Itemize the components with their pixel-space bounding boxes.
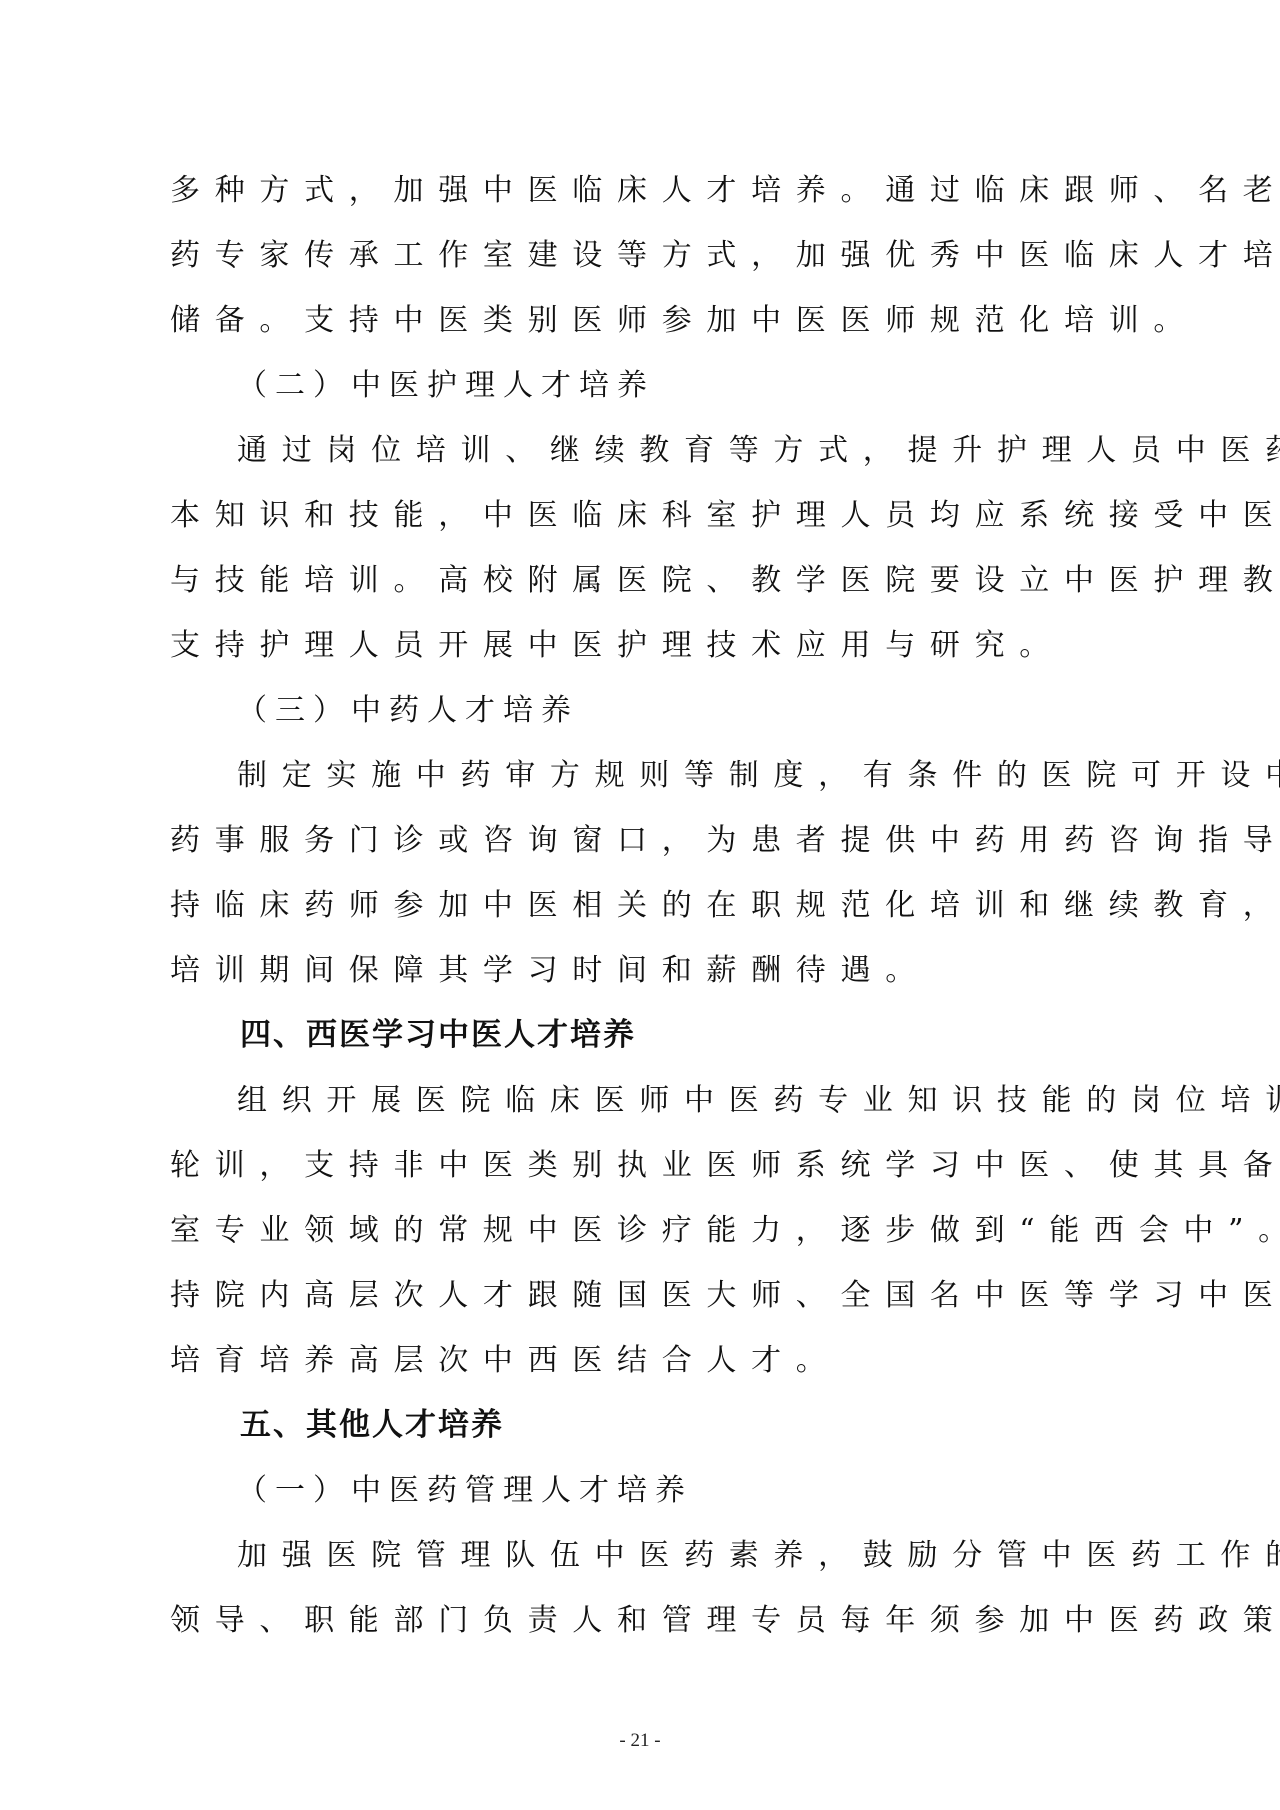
body-line: 轮训，支持非中医类别执业医师系统学习中医、使其具备本科 — [170, 1133, 1115, 1198]
document-page: 多种方式，加强中医临床人才培养。通过临床跟师、名老中医 药专家传承工作室建设等方… — [0, 0, 1280, 1810]
body-line: 室专业领域的常规中医诊疗能力，逐步做到“能西会中”。支 — [170, 1198, 1115, 1263]
body-line: 多种方式，加强中医临床人才培养。通过临床跟师、名老中医 — [170, 158, 1115, 223]
page-number: - 21 - — [0, 1730, 1280, 1752]
body-line: 持院内高层次人才跟随国医大师、全国名中医等学习中医药， — [170, 1263, 1115, 1328]
body-line: 领导、职能部门负责人和管理专员每年须参加中医药政策培训， — [170, 1588, 1115, 1653]
body-line: 储备。支持中医类别医师参加中医医师规范化培训。 — [170, 288, 1115, 353]
body-line: 支持护理人员开展中医护理技术应用与研究。 — [170, 613, 1115, 678]
subheading-nursing-talent: （二）中医护理人才培养 — [170, 353, 1115, 418]
body-line: 制定实施中药审方规则等制度，有条件的医院可开设中药 — [170, 743, 1115, 808]
body-line: 持临床药师参加中医相关的在职规范化培训和继续教育，参加 — [170, 873, 1115, 938]
body-line: 药专家传承工作室建设等方式，加强优秀中医临床人才培养和 — [170, 223, 1115, 288]
body-line: 与技能培训。高校附属医院、教学医院要设立中医护理教学点， — [170, 548, 1115, 613]
page-content: 多种方式，加强中医临床人才培养。通过临床跟师、名老中医 药专家传承工作室建设等方… — [170, 158, 1115, 1653]
body-line: 培训期间保障其学习时间和薪酬待遇。 — [170, 938, 1115, 1003]
body-line: 药事服务门诊或咨询窗口，为患者提供中药用药咨询指导。支 — [170, 808, 1115, 873]
subheading-management-talent: （一）中医药管理人才培养 — [170, 1458, 1115, 1523]
body-line: 加强医院管理队伍中医药素养，鼓励分管中医药工作的院 — [170, 1523, 1115, 1588]
body-line: 组织开展医院临床医师中医药专业知识技能的岗位培训和 — [170, 1068, 1115, 1133]
body-line: 培育培养高层次中西医结合人才。 — [170, 1328, 1115, 1393]
section-heading-western-learn-tcm: 四、西医学习中医人才培养 — [170, 1003, 1115, 1068]
section-heading-other-talent: 五、其他人才培养 — [170, 1393, 1115, 1458]
subheading-pharmacy-talent: （三）中药人才培养 — [170, 678, 1115, 743]
body-line: 通过岗位培训、继续教育等方式，提升护理人员中医药基 — [170, 418, 1115, 483]
body-line: 本知识和技能，中医临床科室护理人员均应系统接受中医知识 — [170, 483, 1115, 548]
